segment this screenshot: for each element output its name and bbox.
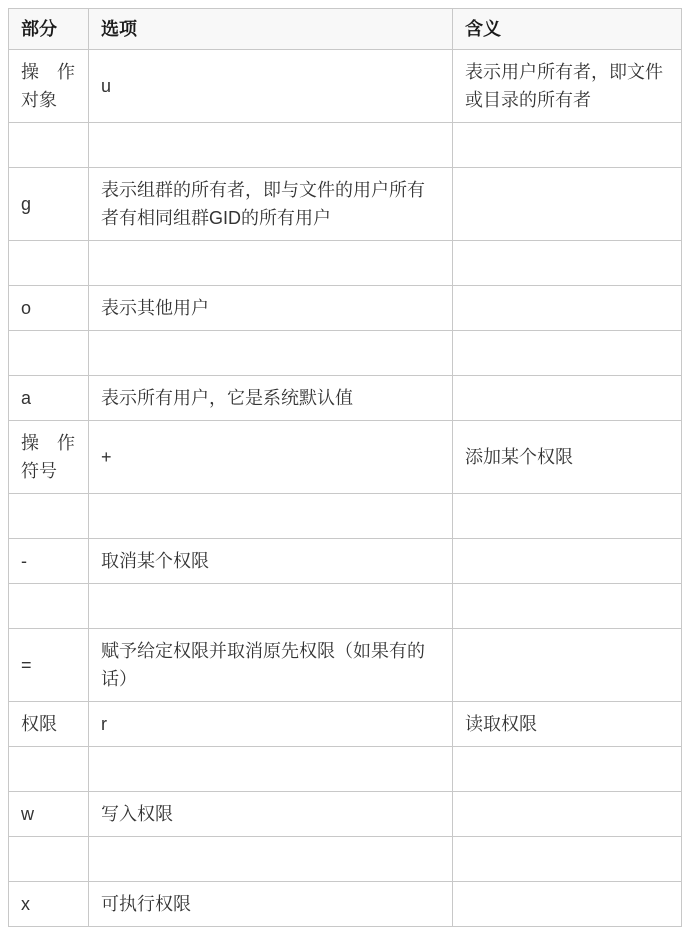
table-cell bbox=[453, 376, 682, 421]
table-cell: o bbox=[9, 286, 89, 331]
table-cell: 取消某个权限 bbox=[89, 539, 453, 584]
table-cell: r bbox=[89, 702, 453, 747]
table-cell bbox=[453, 584, 682, 629]
table-cell: x bbox=[9, 882, 89, 927]
table-cell: w bbox=[9, 792, 89, 837]
table-row bbox=[9, 494, 682, 539]
table-cell bbox=[453, 882, 682, 927]
table-cell bbox=[9, 494, 89, 539]
table-row bbox=[9, 331, 682, 376]
table-row: a表示所有用户，它是系统默认值 bbox=[9, 376, 682, 421]
table-cell bbox=[89, 331, 453, 376]
table-cell bbox=[453, 331, 682, 376]
table-row: 权限r读取权限 bbox=[9, 702, 682, 747]
table-cell bbox=[453, 747, 682, 792]
table-cell bbox=[89, 837, 453, 882]
table-cell: a bbox=[9, 376, 89, 421]
table-cell bbox=[9, 331, 89, 376]
table-row: x可执行权限 bbox=[9, 882, 682, 927]
table-cell bbox=[453, 286, 682, 331]
table-cell: 读取权限 bbox=[453, 702, 682, 747]
table-cell bbox=[89, 494, 453, 539]
table-cell: 赋予给定权限并取消原先权限（如果有的话） bbox=[89, 629, 453, 702]
table-row: 操 作 符号+添加某个权限 bbox=[9, 421, 682, 494]
table-row bbox=[9, 123, 682, 168]
table-cell bbox=[9, 123, 89, 168]
table-row: =赋予给定权限并取消原先权限（如果有的话） bbox=[9, 629, 682, 702]
table-row: -取消某个权限 bbox=[9, 539, 682, 584]
table-cell bbox=[89, 241, 453, 286]
table-row bbox=[9, 241, 682, 286]
table-cell: 操 作 符号 bbox=[9, 421, 89, 494]
table-cell: 表示所有用户，它是系统默认值 bbox=[89, 376, 453, 421]
table-cell: 权限 bbox=[9, 702, 89, 747]
table-cell: 操 作 对象 bbox=[9, 50, 89, 123]
table-cell bbox=[453, 539, 682, 584]
table-row: g表示组群的所有者，即与文件的用户所有者有相同组群GID的所有用户 bbox=[9, 168, 682, 241]
table-cell bbox=[9, 837, 89, 882]
table-row: 操 作 对象u表示用户所有者，即文件或目录的所有者 bbox=[9, 50, 682, 123]
table-cell bbox=[453, 629, 682, 702]
table-cell bbox=[453, 168, 682, 241]
table-cell bbox=[453, 837, 682, 882]
table-cell bbox=[453, 792, 682, 837]
table-cell: g bbox=[9, 168, 89, 241]
table-cell: 表示其他用户 bbox=[89, 286, 453, 331]
column-header-meaning: 含义 bbox=[453, 9, 682, 50]
table-cell: 写入权限 bbox=[89, 792, 453, 837]
table-cell bbox=[9, 241, 89, 286]
table-row: w写入权限 bbox=[9, 792, 682, 837]
table-cell bbox=[9, 747, 89, 792]
table-header-row: 部分 选项 含义 bbox=[9, 9, 682, 50]
table-cell: 添加某个权限 bbox=[453, 421, 682, 494]
table-body: 操 作 对象u表示用户所有者，即文件或目录的所有者g表示组群的所有者，即与文件的… bbox=[9, 50, 682, 927]
table-cell: - bbox=[9, 539, 89, 584]
table-cell bbox=[89, 747, 453, 792]
table-cell bbox=[453, 241, 682, 286]
table-cell bbox=[89, 123, 453, 168]
table-cell: u bbox=[89, 50, 453, 123]
table-cell: 可执行权限 bbox=[89, 882, 453, 927]
table-row bbox=[9, 747, 682, 792]
table-row bbox=[9, 837, 682, 882]
table-cell: = bbox=[9, 629, 89, 702]
table-cell bbox=[89, 584, 453, 629]
chmod-permissions-table: 部分 选项 含义 操 作 对象u表示用户所有者，即文件或目录的所有者g表示组群的… bbox=[8, 8, 682, 927]
table-cell bbox=[9, 584, 89, 629]
table-cell bbox=[453, 123, 682, 168]
column-header-part: 部分 bbox=[9, 9, 89, 50]
table-cell: 表示用户所有者，即文件或目录的所有者 bbox=[453, 50, 682, 123]
table-cell bbox=[453, 494, 682, 539]
table-row: o表示其他用户 bbox=[9, 286, 682, 331]
table-cell: 表示组群的所有者，即与文件的用户所有者有相同组群GID的所有用户 bbox=[89, 168, 453, 241]
column-header-option: 选项 bbox=[89, 9, 453, 50]
table-cell: + bbox=[89, 421, 453, 494]
table-row bbox=[9, 584, 682, 629]
